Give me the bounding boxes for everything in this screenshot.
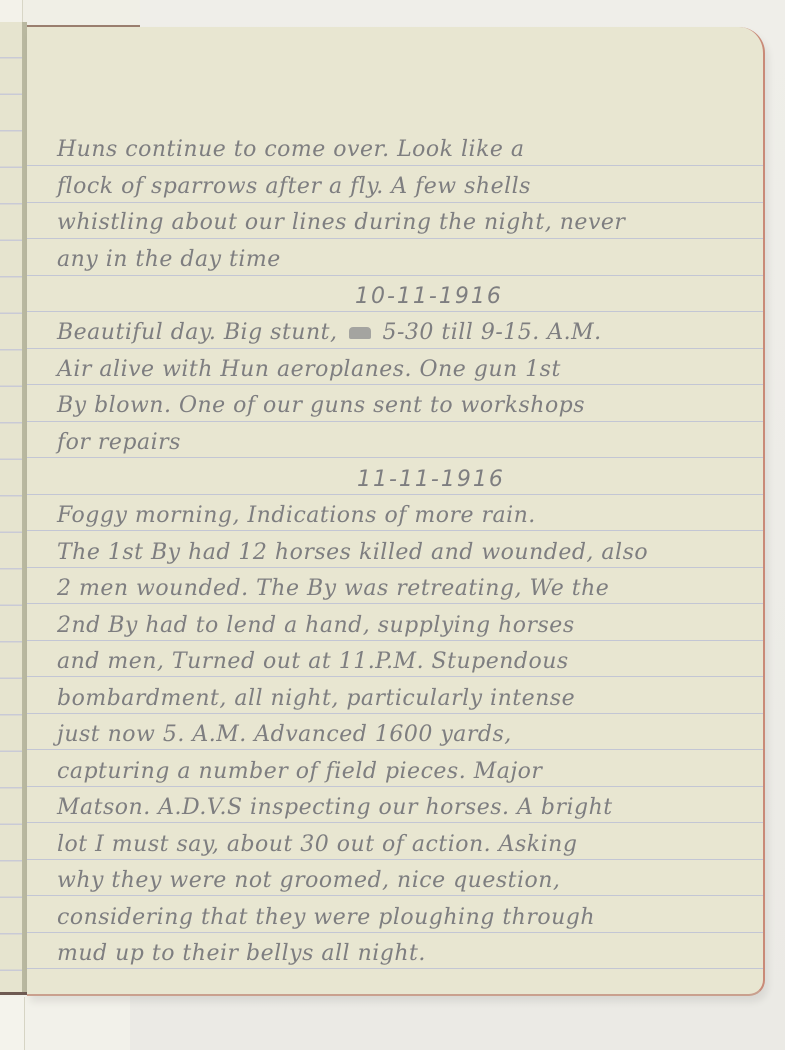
ruled-line [27, 932, 763, 933]
ruled-line [27, 384, 763, 385]
ruled-line [27, 275, 763, 276]
diary-line: Beautiful day. Big stunt, 5-30 till 9-15… [57, 320, 602, 345]
ruled-line [27, 311, 763, 312]
diary-line: why they were not groomed, nice question… [57, 868, 560, 893]
entry-date: 11-11-1916 [357, 467, 505, 492]
ruled-line [27, 640, 763, 641]
ruled-line [27, 786, 763, 787]
ruled-line [27, 713, 763, 714]
diary-line: Huns continue to come over. Look like a [57, 137, 525, 162]
ruled-line [27, 603, 763, 604]
diary-line: capturing a number of field pieces. Majo… [57, 759, 542, 784]
ruled-line [27, 348, 763, 349]
ruled-line [27, 238, 763, 239]
diary-line: Foggy morning, Indications of more rain. [57, 503, 536, 528]
diary-line: considering that they were ploughing thr… [57, 905, 595, 930]
ruled-line [27, 968, 763, 969]
ruled-line [27, 822, 763, 823]
ruled-line [27, 530, 763, 531]
diary-line: any in the day time [57, 247, 281, 272]
diary-line: 2 men wounded. The By was retreating, We… [57, 576, 609, 601]
diary-line: for repairs [57, 430, 181, 455]
diary-line-part: 5-30 till 9-15. A.M. [382, 320, 601, 345]
diary-line: 2nd By had to lend a hand, supplying hor… [57, 613, 575, 638]
ruled-line [27, 859, 763, 860]
diary-line: mud up to their bellys all night. [57, 941, 426, 966]
diary-line: Air alive with Hun aeroplanes. One gun 1… [57, 357, 561, 382]
diary-line: just now 5. A.M. Advanced 1600 yards, [57, 722, 512, 747]
ruled-line [27, 676, 763, 677]
ruled-line [27, 202, 763, 203]
diary-line: whistling about our lines during the nig… [57, 210, 625, 235]
diary-line: bombardment, all night, particularly int… [57, 686, 575, 711]
ruled-line [27, 457, 763, 458]
diary-line: Matson. A.D.V.S inspecting our horses. A… [57, 795, 613, 820]
notebook-spine-bottom [0, 997, 25, 1050]
diary-line-part: Beautiful day. Big stunt, [57, 320, 337, 345]
ruled-line [27, 165, 763, 166]
diary-line: lot I must say, about 30 out of action. … [57, 832, 577, 857]
diary-line: flock of sparrows after a fly. A few she… [57, 174, 531, 199]
notebook-page: Huns continue to come over. Look like a … [27, 27, 765, 996]
ruled-line [27, 421, 763, 422]
ruled-line [27, 494, 763, 495]
facing-page-edge [0, 22, 23, 997]
diary-line: and men, Turned out at 11.P.M. Stupendou… [57, 649, 569, 674]
diary-line: By blown. One of our guns sent to worksh… [57, 393, 585, 418]
ruled-line [27, 749, 763, 750]
ruled-line [27, 567, 763, 568]
diary-line: The 1st By had 12 horses killed and woun… [57, 540, 648, 565]
ruled-line [27, 895, 763, 896]
entry-date: 10-11-1916 [355, 284, 503, 309]
ink-smudge [349, 327, 371, 339]
